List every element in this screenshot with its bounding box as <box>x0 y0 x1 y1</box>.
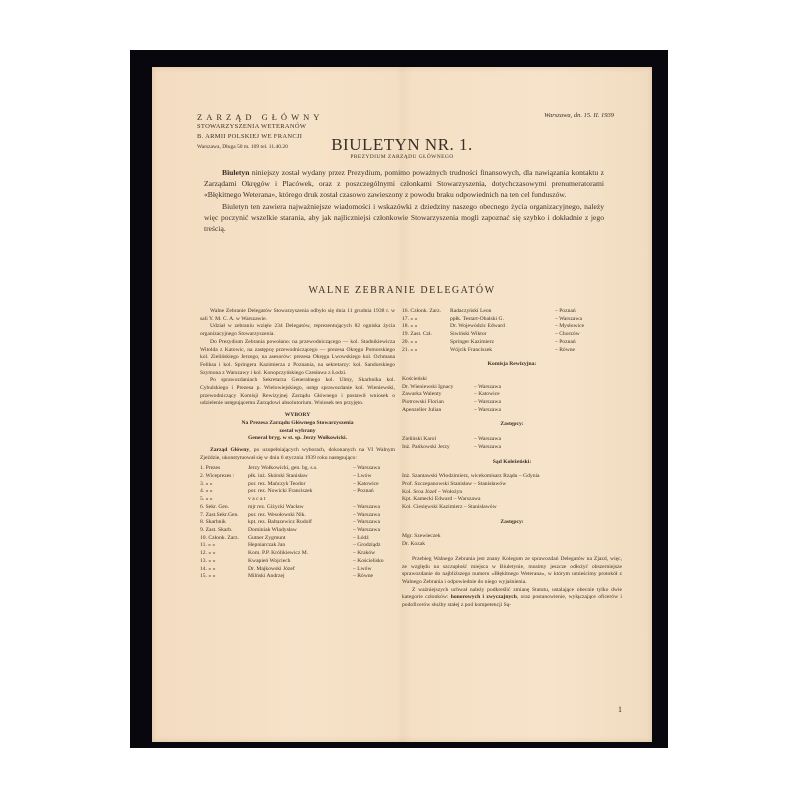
row-role: 20. » » <box>402 339 450 347</box>
row-name: Apenzeller Julian <box>402 407 474 415</box>
row-city: – Katowice <box>474 391 500 399</box>
row-role: 4. » » <box>200 488 248 496</box>
row-role: 17. » » <box>402 316 450 324</box>
left-paragraph-1: Walne Zebranie Delegatów Stowarzyszenia … <box>200 308 395 323</box>
row-role: 2. Wiceprezes : <box>200 473 248 481</box>
row-city: – Poznań <box>555 339 576 347</box>
list-row: 4. » »por. rez. Nowicki Franciszek– Pozn… <box>200 488 395 496</box>
row-city: – Poznań <box>353 488 374 496</box>
row-name: kpt. rez. Baltazewicz Rudolf <box>248 519 353 527</box>
list-row: 6. Sekr. Gen.mjr rez. Giżycki Wacław– Wa… <box>200 504 395 512</box>
wybory-line-1: Na Prezesa Zarządu Głównego Stowarzyszen… <box>200 420 395 428</box>
list-row: Inż. Pańkowski Jerzy– Warszawa <box>402 444 622 452</box>
row-city: – Mysłowice <box>555 323 584 331</box>
row-name: Kościeński <box>402 376 474 384</box>
row-city: – Lwów <box>353 566 372 574</box>
list-row: 11. » »Hepniarczak Jan– Grodziądz <box>200 542 395 550</box>
zastepcy-title-1: Zastępcy: <box>402 421 622 429</box>
row-name: Radaczyński Leon <box>450 308 555 316</box>
sad-member: Prof. Szczepanowski Stanisław – Stanisła… <box>402 481 622 489</box>
wybory-line-2: został wybrany <box>200 428 395 436</box>
list-row: 8. Skarbnikkpt. rez. Baltazewicz Rudolf–… <box>200 519 395 527</box>
row-city: – Warszawa <box>474 436 501 444</box>
row-city: – Warszawa <box>353 519 380 527</box>
section-title: WALNE ZEBRANIE DELEGATÓW <box>152 285 652 296</box>
row-role: 18. » » <box>402 323 450 331</box>
row-name: por. rez. Nowicki Franciszek <box>248 488 353 496</box>
zastepcy-list-2: Mgr. SzewieczekDr. Kozak <box>402 533 622 548</box>
row-city: – Warszawa <box>474 407 501 415</box>
document-page: ZARZĄD GŁÓWNY STOWARZYSZENIA WETERANÓW B… <box>152 67 652 742</box>
komisja-title: Komisja Rewizyjna: <box>402 361 622 369</box>
list-row: 16. Członk. Zarz.Radaczyński Leon– Pozna… <box>402 308 622 316</box>
row-name: v a c a t <box>248 496 353 504</box>
list-row: 17. » »ppłk. Testart-Obalski G.– Warszaw… <box>402 316 622 324</box>
list-row: 14. » »Dr. Majkowski Józef– Lwów <box>200 566 395 574</box>
row-name: Springer Kazimierz <box>450 339 555 347</box>
list-row: 18. » »Dr. Wojewódzic Edward– Mysłowice <box>402 323 622 331</box>
row-role: 16. Członk. Zarz. <box>402 308 450 316</box>
list-row: 1. PrezesJerzy Wołkowicki, gen. bg. s.s.… <box>200 465 395 473</box>
row-name: por. rez. Mańczyk Teodor <box>248 481 353 489</box>
row-city: – Warszawa <box>474 444 501 452</box>
list-row: 19. Zast. Czł.Siwiński Wiktor– Chorzów <box>402 331 622 339</box>
row-role: 3. » » <box>200 481 248 489</box>
row-name: Jerzy Wołkowicki, gen. bg. s.s. <box>248 465 353 473</box>
list-row: 2. Wiceprezes :płk. inż. Skórski Stanisł… <box>200 473 395 481</box>
row-name: ppłk. Testart-Obalski G. <box>450 316 555 324</box>
row-name: Kwapień Wojciech <box>248 558 353 566</box>
list-row: 9. Zast. Skarb.Dominiak Władysław– Warsz… <box>200 527 395 535</box>
right-paragraph-2: Z ważniejszych uchwał należy podkreślić … <box>402 587 622 610</box>
row-name: Kom. P.P. Królikiewicz M. <box>248 550 353 558</box>
row-name: Dr. Wojewódzic Edward <box>450 323 555 331</box>
row-city: – Katowice <box>353 481 379 489</box>
zastepcy-list-1: Zieliński Karol– WarszawaInż. Pańkowski … <box>402 436 622 451</box>
intro-text-1: niniejszy został wydany przez Prezydium,… <box>204 168 604 199</box>
row-city: – Warszawa <box>474 384 501 392</box>
row-city: – Równe <box>353 573 373 581</box>
right-paragraph-1: Przebieg Walnego Zebrania jest znany Kol… <box>402 556 622 587</box>
left-paragraph-3: Do Prezydium Zebrania powołano: na przew… <box>200 339 395 378</box>
document-title: BIULETYN NR. 1. <box>152 135 652 155</box>
list-row: 13. » »Kwapień Wojciech– Kościelisko <box>200 558 395 566</box>
right-column: 16. Członk. Zarz.Radaczyński Leon– Pozna… <box>402 308 622 610</box>
row-role: 13. » » <box>200 558 248 566</box>
document-subtitle: PREZYDIUM ZARZĄDU GŁÓWNEGO <box>152 154 652 160</box>
list-row: Zawarka Walenty– Katowice <box>402 391 622 399</box>
row-role: 12. » » <box>200 550 248 558</box>
row-role: 9. Zast. Skarb. <box>200 527 248 535</box>
row-role: 8. Skarbnik <box>200 519 248 527</box>
row-name: Piotrowski Florian <box>402 399 474 407</box>
row-city: – Poznań <box>555 308 576 316</box>
deputy-member: Mgr. Szewieczek <box>402 533 622 541</box>
wybory-line-3: Generał bryg. w st. sp. Jerzy Wołkowicki… <box>200 435 395 443</box>
list-row: Zieliński Karol– Warszawa <box>402 436 622 444</box>
sad-list: Inż. Szantawski Włodzimierz, wicekomisar… <box>402 473 622 512</box>
document-date: Warszawa, dn. 15. II. 1939 <box>544 112 614 119</box>
row-city: – Warszawa <box>353 527 380 535</box>
deputy-member: Dr. Kozak <box>402 541 622 549</box>
sad-member: Kpt. Kamecki Edward – Warszawa <box>402 496 622 504</box>
org-subname: STOWARZYSZENIA WETERANÓW <box>197 122 323 132</box>
row-role: 15. » » <box>200 573 248 581</box>
board-list-continued: 16. Członk. Zarz.Radaczyński Leon– Pozna… <box>402 308 622 354</box>
list-row: Kościeński <box>402 376 622 384</box>
list-row: 10. Członk. Zarz.Gutner Zygmunt– Łódź <box>200 535 395 543</box>
row-role: 7. Zast.Sekr.Gen. <box>200 512 248 520</box>
board-intro: Zarząd Główny, po uzupełniających wybora… <box>200 447 395 462</box>
row-city: – Warszawa <box>474 399 501 407</box>
row-city: – Kraków <box>353 550 375 558</box>
row-name: Zieliński Karol <box>402 436 474 444</box>
list-row: 12. » »Kom. P.P. Królikiewicz M.– Kraków <box>200 550 395 558</box>
row-city: – Kościelisko <box>353 558 384 566</box>
intro-bold-word: Biuletyn <box>222 168 249 177</box>
list-row: 5. » »v a c a t <box>200 496 395 504</box>
row-role: 14. » » <box>200 566 248 574</box>
row-name: Inż. Pańkowski Jerzy <box>402 444 474 452</box>
row-name: Milński Andrzej <box>248 573 353 581</box>
row-name: płk. inż. Skórski Stanisław <box>248 473 353 481</box>
intro-text: Biuletyn niniejszy został wydany przez P… <box>204 167 604 234</box>
intro-paragraph-1: Biuletyn niniejszy został wydany przez P… <box>204 167 604 201</box>
row-city: – Warszawa <box>353 512 380 520</box>
left-paragraph-2: Udział w zebraniu wzięło 234 Delegatów, … <box>200 323 395 338</box>
row-role: 6. Sekr. Gen. <box>200 504 248 512</box>
row-name: Wójcik Franciszek <box>450 347 555 355</box>
wybory-title: WYBORY <box>200 412 395 420</box>
board-intro-bold: Zarząd Główny <box>210 447 249 453</box>
row-name: Siwiński Wiktor <box>450 331 555 339</box>
row-name: Dr. Majkowski Józef <box>248 566 353 574</box>
row-city: – Warszawa <box>353 504 380 512</box>
page-number: 1 <box>618 705 622 714</box>
row-city: – Lwów <box>353 473 372 481</box>
row-name: Zawarka Walenty <box>402 391 474 399</box>
list-row: 21. » »Wójcik Franciszek– Równe <box>402 347 622 355</box>
list-row: Apenzeller Julian– Warszawa <box>402 407 622 415</box>
sad-member: Inż. Szantawski Włodzimierz, wicekomisar… <box>402 473 622 481</box>
list-row: 20. » »Springer Kazimierz– Poznań <box>402 339 622 347</box>
row-role: 21. » » <box>402 347 450 355</box>
sad-member: Kol. Sroa Józef – Wołożyn <box>402 489 622 497</box>
sad-member: Kol. Ciesięwski Kazimierz – Stanisławów <box>402 504 622 512</box>
row-name: Hepniarczak Jan <box>248 542 353 550</box>
list-row: Dr. Wieniewski Ignacy– Warszawa <box>402 384 622 392</box>
intro-paragraph-2: Biuletyn ten zawiera najważniejsze wiado… <box>204 201 604 235</box>
list-row: Piotrowski Florian– Warszawa <box>402 399 622 407</box>
right-p2-bold: honorowych i zwyczajnych <box>451 594 517 600</box>
row-name: Dr. Wieniewski Ignacy <box>402 384 474 392</box>
left-column: Walne Zebranie Delegatów Stowarzyszenia … <box>200 308 395 581</box>
komisja-list: KościeńskiDr. Wieniewski Ignacy– Warszaw… <box>402 376 622 415</box>
row-city: – Warszawa <box>555 316 582 324</box>
row-city: – Warszawa <box>353 465 380 473</box>
row-city: – Łódź <box>353 535 369 543</box>
row-city: – Chorzów <box>555 331 580 339</box>
row-name: Gutner Zygmunt <box>248 535 353 543</box>
zastepcy-title-2: Zastępcy: <box>402 519 622 527</box>
left-paragraph-4: Po sprawozdaniach Sekretarza Generalnego… <box>200 377 395 408</box>
row-role: 19. Zast. Czł. <box>402 331 450 339</box>
row-name: mjr rez. Giżycki Wacław <box>248 504 353 512</box>
list-row: 3. » »por. rez. Mańczyk Teodor– Katowice <box>200 481 395 489</box>
org-name: ZARZĄD GŁÓWNY <box>197 112 323 122</box>
row-role: 1. Prezes <box>200 465 248 473</box>
row-city: – Równe <box>555 347 575 355</box>
list-row: 15. » »Milński Andrzej– Równe <box>200 573 395 581</box>
row-role: 5. » » <box>200 496 248 504</box>
board-list: 1. PrezesJerzy Wołkowicki, gen. bg. s.s.… <box>200 465 395 581</box>
row-city: – Grodziądz <box>353 542 381 550</box>
row-role: 11. » » <box>200 542 248 550</box>
row-role: 10. Członk. Zarz. <box>200 535 248 543</box>
row-name: Dominiak Władysław <box>248 527 353 535</box>
sad-title: Sąd Koleżeński: <box>402 459 622 467</box>
